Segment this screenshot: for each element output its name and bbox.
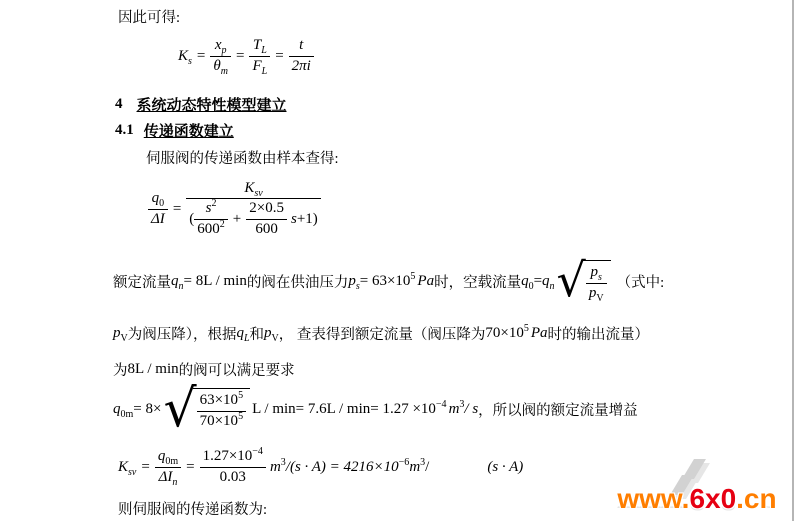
fraction-t-2pii: t 2πi (289, 37, 314, 75)
ps-symbol: ps (348, 273, 359, 290)
pressure-value: 70×105Pa (485, 325, 547, 342)
equals-sign: = (534, 273, 542, 290)
heading-title: 系统动态特性模型建立 (137, 94, 287, 115)
watermark-www: www. (617, 483, 689, 514)
value-run: L / min (252, 401, 296, 418)
fraction-q0-di: q0 ΔI (148, 190, 168, 228)
sqrt-63-70: √ 63×105 70×105 (163, 388, 250, 430)
fraction-xp-thetam: xp θm (210, 37, 231, 75)
equals-sign: = (173, 201, 181, 218)
paragraph-valve-ok: 为 8L / min 的阀可以满足要求 (113, 356, 295, 382)
document-page: 因此可得: Ks = xp θm = TL FL = t 2πi 4 系统动态特… (0, 0, 794, 521)
ks-lhs: Ks (178, 48, 192, 65)
formula-ks: Ks = xp θm = TL FL = t 2πi (178, 32, 314, 80)
heading-section-4-1: 4.1 传递函数建立 (115, 120, 234, 141)
equals-sign: = (275, 48, 283, 65)
heading-title: 传递函数建立 (144, 120, 234, 141)
text-run: 时，空载流量 (434, 271, 521, 292)
q0-symbol: q0 (521, 273, 534, 290)
watermark-text: www.6x0.cn (617, 485, 776, 513)
equals-sign: = (197, 48, 205, 65)
formula-q0m: q0m = 8× √ 63×105 70×105 L / min = 7.6L … (113, 384, 638, 434)
text-run: （式中: (617, 271, 665, 292)
text-run: ，所以阀的额定流量增益 (478, 399, 638, 420)
value-run: = 8× (133, 401, 161, 418)
pv-symbol: pV (264, 325, 279, 342)
heading-number: 4.1 (115, 122, 134, 139)
pressure-value: = 63×105Pa (360, 273, 434, 290)
watermark-6x0: 6x0 (689, 483, 736, 514)
value-run: = 8L / min (184, 273, 247, 290)
denominator-tail: +1) (297, 211, 318, 228)
text-run: 额定流量 (113, 271, 171, 292)
servo-valve-text: 伺服阀的传递函数由样本查得: (146, 147, 339, 168)
text-run: 的阀可以满足要求 (179, 359, 295, 380)
fraction-s2-6002: s2 6002 (194, 200, 228, 238)
equals-sign: = (236, 48, 244, 65)
result-run: m3 /(s · A) = 4216×10−6m3 / (270, 459, 429, 476)
pv-symbol: pV (113, 325, 128, 342)
watermark: www.6x0.cn www.6x0.cn (604, 451, 790, 521)
text-run: 和 (250, 323, 265, 344)
paragraph-valve-drop: pV 为阀压降），根据 qL 和 pV ， 查表得到额定流量（阀压降为 70×1… (113, 317, 649, 349)
value-run: = 7.6L / min (296, 401, 371, 418)
text-run: 为 (113, 359, 128, 380)
formula-transfer-function: q0 ΔI = Ksv ( s2 6002 + 2×0.5 600 s +1) (148, 176, 321, 242)
qn-symbol: qn (171, 273, 184, 290)
fraction-ksv-denominator: Ksv ( s2 6002 + 2×0.5 600 s +1) (186, 180, 321, 238)
qn-symbol: qn (542, 273, 555, 290)
watermark-cn: .cn (736, 483, 776, 514)
formula-ksv: Ksv = q0m ΔIn = 1.27×10−4 0.03 m3 /(s · … (118, 442, 523, 492)
ksv-symbol: Ksv (118, 459, 136, 476)
sqrt-ps-pv: √ ps pV (557, 260, 611, 302)
equals-sign: = (186, 459, 194, 476)
unit-sa: (s · A) (487, 459, 523, 476)
plus-sign: + (233, 211, 241, 228)
heading-number: 4 (115, 96, 123, 113)
equals-sign: = (141, 459, 149, 476)
value-run: 8L / min (128, 361, 179, 378)
q0m-symbol: q0m (113, 401, 133, 418)
text-run: 的阀在供油压力 (247, 271, 349, 292)
fraction-127-003: 1.27×10−4 0.03 (200, 448, 266, 486)
heading-section-4: 4 系统动态特性模型建立 (115, 94, 287, 115)
text-run: ， 查表得到额定流量（阀压降为 (279, 323, 486, 344)
fraction-tl-fl: TL FL (249, 37, 270, 75)
fraction-q0m-din: q0m ΔIn (155, 448, 181, 486)
ql-symbol: qL (236, 325, 249, 342)
fraction-2x05-600: 2×0.5 600 (246, 200, 287, 238)
paragraph-rated-flow: 额定流量 qn = 8L / min 的阀在供油压力 ps = 63×105Pa… (113, 258, 664, 304)
flow-value: = 1.27 ×10−4m3 / s (370, 401, 478, 418)
text-run: 为阀压降），根据 (128, 323, 237, 344)
closing-text: 则伺服阀的传递函数为: (118, 498, 267, 519)
text-run: 时的输出流量） (548, 323, 650, 344)
intro-text: 因此可得: (118, 6, 180, 27)
